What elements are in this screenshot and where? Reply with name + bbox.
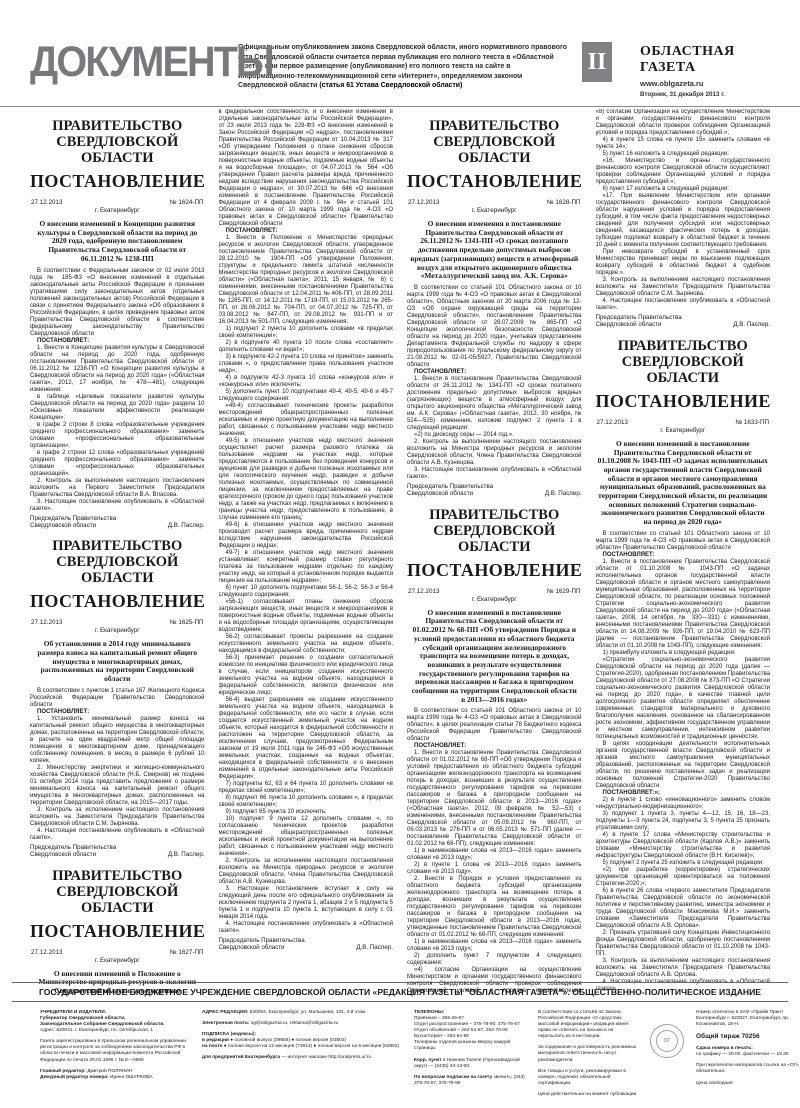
signature-name: Д.В. Паслер. [545,490,582,497]
decree-paragraph: 49-7) в отношении участков недр местного… [219,550,394,585]
signature-row: Свердловской областиД.В. Паслер. [30,522,205,529]
decree-paragraph: 1) преамбулу изложить в следующей редакц… [596,650,771,657]
imprint-line: Газета зарегистрирована в Уральском реги… [40,1039,190,1063]
brand-block: ОБЛАСТНАЯ ГАЗЕТА www.oblgazeta.ru Вторни… [640,44,770,98]
imprint-line-lead: Электронная почта: [202,1021,249,1026]
decree-title: Об установлении в 2014 году минимального… [32,640,203,684]
decree-paragraph: 9) подпункт 65 пункта 10 исключить; [219,809,394,816]
org-header-line: ПРАВИТЕЛЬСТВО [30,538,205,554]
org-header-line: ПРАВИТЕЛЬСТВО [30,118,205,134]
signature-position-line: Председатель Правительства [596,314,771,321]
decree-date: 27.12.2013 [408,199,440,206]
decree-meta: 27.12.2013№ 1625-ПП [31,619,204,626]
decree-paragraph: В целях координации деятельности исполни… [596,741,771,790]
imprint-phones: ТЕЛЕФОНЫ:Приёмная – 355-26-67Отдел распр… [414,1010,526,1087]
org-header-line: ПРАВИТЕЛЬСТВО [596,338,771,354]
imprint-line-lead: для предприятий Екатеринбурга [202,1055,280,1060]
org-header-line: СВЕРДЛОВСКОЙ [30,554,205,570]
decree-date: 27.12.2013 [597,419,629,426]
decree-paragraph: 1. Установить минимальный размер взноса … [30,716,205,765]
decree-org-header: ПРАВИТЕЛЬСТВОСВЕРДЛОВСКОЙОБЛАСТИ [407,507,582,555]
decree-paragraph: 49-5) в отношении участков недр местного… [219,438,394,522]
decree-paragraph: в графе 2 строки 8 слова «образовательны… [30,422,205,450]
signature-name: Д.В. Паслер. [168,522,205,529]
decree-paragraph: 56-2) согласовывает проекты разрешения н… [219,634,394,655]
signature-position-line: Председатель Правительства [30,844,205,851]
decree-paragraph: 2) в пункте 1 слова «в 2013—2016 годах» … [407,862,582,876]
column-2: в федеральной собственности, и о внесени… [219,109,394,995]
decree-type: ПОСТАНОВЛЕНИЕ [407,560,582,581]
imprint-line: Номер отпечатан в ЗАО «Прайм Принт Екате… [696,1010,800,1028]
decree-paragraph: 4) в пункте 17 слова «Министерству строи… [596,832,771,860]
imprint-line-lead: Дежурный редактор номера: [40,1075,109,1080]
imprint-line-lead: ПОДПИСКА (индексы): [202,1032,256,1037]
decree-paragraph: 2. Контроль за выполнением настоящего по… [407,439,582,467]
decree-paragraph: 2) дополнить пункт 7 подпунктом 4 следую… [407,953,582,967]
decree-paragraph: ПОСТАНОВЛЯЕТ: [219,228,394,235]
page-number-badge: II [582,42,612,82]
imprint-print-info: Номер отпечатан в ЗАО «Прайм Принт Екате… [696,1010,800,1087]
decree-paragraph: 5) дополнить пункт 10 подпунктами 49-4, … [219,389,394,403]
decree-paragraph: 2) в пункте 1 слово «инновационного» зам… [596,797,771,811]
imprint-line: В соответствии со статьёй 42 Закона Росс… [538,1010,638,1040]
decree-meta: 27.12.2013№ 1628-ПП [408,199,581,206]
decree-paragraph: 1. Внести в Концепцию развития культуры … [30,345,205,394]
imprint-founders: УЧРЕДИТЕЛИ И ИЗДАТЕЛИ:Губернатор Свердло… [40,1010,190,1081]
decree-paragraph: 6) пункт 10 дополнить подпунктами 56-1, … [219,585,394,599]
signature-position-line: Председатель Правительства [219,937,394,944]
imprint-line-lead: Сдача номера в печать: [696,1046,753,1051]
org-header-line: ОБЛАСТИ [407,150,582,166]
decree-paragraph: 6) пункт 17 изложить в следующей редакци… [596,186,771,193]
decree-type: ПОСТАНОВЛЕНИЕ [30,171,205,192]
masthead: ДОКУМЕНТЫ Официальным опубликованием зак… [0,0,800,107]
org-header-line: СВЕРДЛОВСКОЙ [407,523,582,539]
signature-name: Д.В. Паслер. [168,851,205,858]
decree-paragraph: 3) в подпункте 42-2 пункта 10 слова «и п… [219,354,394,375]
decree-paragraph: 4. Настоящее постановление опубликовать … [30,828,205,842]
stamp-inner-label: ОГ [656,1030,678,1052]
signature-row: Свердловской областиД.В. Паслер. [30,851,205,858]
decree-title: О внесении изменения в постановление Пра… [409,220,580,281]
section-title: ДОКУМЕНТЫ [30,42,221,82]
newspaper-page: ДОКУМЕНТЫ Официальным опубликованием зак… [0,0,800,1108]
decree-paragraph: 3. Контроль за выполнением настоящего по… [596,958,771,979]
imprint-line: Все товары и услуги, рекламируемые в ном… [538,1069,638,1087]
decree-city: г. Екатеринбург [407,207,582,214]
decree-paragraph: В соответствии со статьей 101 Областного… [596,531,771,552]
org-header-line: ОБЛАСТИ [596,370,771,386]
decree-paragraph: 56-3) принимает решение о создании согла… [219,655,394,697]
decree-city: г. Екатеринбург [30,627,205,634]
decree-paragraph: 4. Настоящее постановление опубликовать … [219,921,394,935]
imprint-line-lead: ТЕЛЕФОНЫ: [414,1010,444,1015]
decree-type: ПОСТАНОВЛЕНИЕ [596,391,771,412]
decree-org-header: ПРАВИТЕЛЬСТВОСВЕРДЛОВСКОЙОБЛАСТИ [30,118,205,166]
decree-paragraph: 1) подпункт 2 пункта 10 дополнить словам… [219,326,394,340]
decree-paragraph: 5) пункт 16 изложить в следующей редакци… [596,151,771,158]
decree-paragraph: 8) подпункт 66 пункта 10 дополнить слова… [219,795,394,809]
decree-paragraph: «2) по диоксиду серы — 2014 год.». [407,432,582,439]
issue-date: Вторник, 31 декабря 2013 г. [640,91,770,98]
decree-paragraph: В соответствии с Федеральным законом от … [30,268,205,338]
decree-paragraph: в графе 2 строки 12 слова «образовательн… [30,450,205,478]
imprint-line: За содержание и достоверность рекламных … [538,1045,638,1063]
decree-paragraph: 4. Настоящее постановление опубликовать … [596,298,771,312]
signature-position-line2: Свердловской области [30,522,96,529]
imprint-line-lead: в редакции [202,1038,229,1043]
signature-block: Председатель ПравительстваСвердловской о… [219,937,394,952]
decree-date: 27.12.2013 [31,199,63,206]
imprint-line-lead: АДРЕС РЕДАКЦИИ: [202,1010,248,1015]
publisher-masthead-line: ГОСУДАРСТВЕННОЕ БЮДЖЕТНОЕ УЧРЕЖДЕНИЕ СВЕ… [12,982,788,1002]
decree-number: № 1625-ПП [170,619,204,626]
org-header-line: ОБЛАСТИ [407,539,582,555]
column-4: «8) согласие Организации на осуществлени… [596,109,771,995]
stamp-emblem-icon: ОГ [650,1024,684,1058]
imprint-line-lead: Корр. пункт [414,1058,442,1063]
imprint-line: по графику — 20.00, фактически — 19.30 [696,1052,800,1058]
signature-position-line2: Свердловской области [219,944,285,951]
signature-position-line: Председатель Правительства [407,483,582,490]
decree-paragraph: 6) в пункте 26 слова «первого заместител… [596,888,771,930]
decree-city: г. Екатеринбург [596,427,771,434]
org-header-line: ПРАВИТЕЛЬСТВО [407,507,582,523]
decree-number: № 1624-ПП [170,199,204,206]
decree-paragraph: «Стратегия социально-экономического разв… [596,657,771,741]
signature-block: Председатель ПравительстваСвердловской о… [407,483,582,498]
imprint-line: По вопросам подписки на газету звонить: … [414,1075,526,1087]
imprint-line: Дежурный редактор номера: Ирина ОШУРКОВА [40,1075,190,1081]
decree-paragraph: При невозврате субсидий в установленный … [596,249,771,277]
decree-paragraph: 3. Контроль за исполнением настоящего по… [30,807,205,828]
decree-type: ПОСТАНОВЛЕНИЕ [30,591,205,612]
decree-number: № 1627-ПП [170,949,204,956]
decree-paragraph: ПОСТАНОВЛЯЕТ: [596,552,771,559]
decree-meta: 27.12.2013№ 1629-ПП [408,588,581,595]
newspaper-name: ОБЛАСТНАЯ ГАЗЕТА [640,44,770,76]
decree-city: г. Екатеринбург [30,957,205,964]
decree-date: 27.12.2013 [31,949,63,956]
decree-paragraph: 3. Контроль за выполнением настоящего по… [596,277,771,298]
imprint-line-lead: Главный редактор: [40,1069,86,1074]
decree-paragraph: ПОСТАНОВЛЯЕТ: [30,338,205,345]
decree-paragraph: 2) в подпункте 40 пункта 10 после слова … [219,340,394,354]
decree-paragraph: «16. Министерство и органы государственн… [596,158,771,186]
decree-paragraph: В соответствии с пунктом 1 статьи 167 Жи… [30,688,205,709]
decree-paragraph: 10) подпункт 9 пункта 12 дополнить слова… [219,816,394,858]
signature-block: Председатель ПравительстваСвердловской о… [596,314,771,329]
signature-block: Председатель ПравительстваСвердловской о… [30,844,205,859]
decree-paragraph: 3. Настоящее постановление опубликовать … [30,499,205,513]
decree-org-header: ПРАВИТЕЛЬСТВОСВЕРДЛОВСКОЙОБЛАСТИ [407,118,582,166]
signature-row: Свердловской областиД.В. Паслер. [219,944,394,951]
org-header-line: ПРАВИТЕЛЬСТВО [30,868,205,884]
newspaper-website: www.oblgazeta.ru [640,79,770,88]
decree-date: 27.12.2013 [408,588,440,595]
decree-org-header: ПРАВИТЕЛЬСТВОСВЕРДЛОВСКОЙОБЛАСТИ [30,538,205,586]
imprint-line-lead: на почте [202,1044,222,1049]
imprint-line: Корр. пункт в Нижнем Тагиле (Горнозаводс… [414,1058,526,1070]
imprint-line: Общий тираж 70256 [696,1033,800,1041]
decree-meta: 27.12.2013№ 1624-ПП [31,199,204,206]
signature-name: Д.В. Паслер. [733,321,770,328]
signature-row: Свердловской областиД.В. Паслер. [596,321,771,328]
imprint-address-subscription: АДРЕС РЕДАКЦИИ: 620004, Екатеринбург, ул… [202,1010,402,1062]
decree-paragraph: 1. Внести в постановление Правительства … [596,559,771,650]
decree-type: ПОСТАНОВЛЕНИЕ [30,921,205,942]
decree-paragraph: В соответствии со статьей 101 Областного… [407,708,582,743]
decree-meta: 27.12.2013№ 1633-ПП [597,419,770,426]
imprint-legal: В соответствии со статьёй 42 Закона Росс… [538,1010,638,1098]
org-header-line: ОБЛАСТИ [30,570,205,586]
org-header-line: СВЕРДЛОВСКОЙ [596,354,771,370]
footer: ГОСУДАРСТВЕННОЕ БЮДЖЕТНОЕ УЧРЕЖДЕНИЕ СВЕ… [0,982,800,1108]
decree-paragraph: 3. Настоящее постановление опубликовать … [407,467,582,481]
imprint-columns: УЧРЕДИТЕЛИ И ИЗДАТЕЛИ:Губернатор Свердло… [0,1002,800,1108]
decree-paragraph: 2. Признать утратившей силу Концепцию Ин… [596,930,771,958]
decree-paragraph: 2. Контроль за выполнением настоящего по… [30,478,205,499]
decree-paragraph: 1) в наименовании слова «в 2013—2016 год… [407,939,582,953]
org-header-line: ПРАВИТЕЛЬСТВО [407,118,582,134]
decrees-columns: ПРАВИТЕЛЬСТВОСВЕРДЛОВСКОЙОБЛАСТИПОСТАНОВ… [0,107,800,995]
imprint-line: Цена действительна на момент публикации. [538,1092,638,1098]
decree-number: № 1629-ПП [547,588,581,595]
decree-paragraph: «49-4) согласовывает технические проекты… [219,403,394,438]
imprint-line: Телефоны отделов указаны вверху каждой с… [414,1040,526,1052]
official-publication-note: Официальным опубликованием закона Свердл… [238,43,568,91]
decree-city: г. Екатеринбург [407,596,582,603]
decree-city: г. Екатеринбург [30,207,205,214]
decree-paragraph: в таблице «Целевые показатели развития к… [30,394,205,422]
decree-paragraph: 49-6) в отношении участков недр местного… [219,522,394,550]
decree-number: № 1633-ПП [735,419,769,426]
decree-paragraph: 1. Внести в постановление Правительства … [407,750,582,848]
decree-paragraph: 2. Министерству энергетики и жилищно-ком… [30,765,205,807]
decree-org-header: ПРАВИТЕЛЬСТВОСВЕРДЛОВСКОЙОБЛАСТИ [30,868,205,916]
decree-paragraph: «17. При выявлении Министерством или орг… [596,193,771,249]
column-1: ПРАВИТЕЛЬСТВОСВЕРДЛОВСКОЙОБЛАСТИПОСТАНОВ… [30,109,205,995]
decree-type: ПОСТАНОВЛЕНИЕ [407,171,582,192]
decree-paragraph: 4) в пункте 15 слова «в пункте 15» замен… [596,137,771,151]
imprint-line-lead: УЧРЕДИТЕЛИ И ИЗДАТЕЛИ: [40,1010,106,1015]
column-3: ПРАВИТЕЛЬСТВОСВЕРДЛОВСКОЙОБЛАСТИПОСТАНОВ… [407,109,582,995]
org-header-line: СВЕРДЛОВСКОЙ [30,134,205,150]
decree-org-header: ПРАВИТЕЛЬСТВОСВЕРДЛОВСКОЙОБЛАСТИ [596,338,771,386]
imprint-line: на почте ● полная версия на 12 месяцев (… [202,1044,402,1050]
decree-meta: 27.12.2013№ 1627-ПП [31,949,204,956]
decree-paragraph: 1. Внести в постановление Правительства … [407,376,582,432]
decree-title: О внесении изменений в постановление Пра… [409,609,580,705]
signature-block: Председатель ПравительстваСвердловской о… [30,515,205,530]
org-header-line: ОБЛАСТИ [30,150,205,166]
decree-paragraph: 4) в подпункте 42-3 пункта 10 слова «кон… [219,375,394,389]
imprint-line-lead: По вопросам подписки на газету [414,1075,492,1080]
decree-paragraph: 56-4) выдает разрешения на создание иску… [219,697,394,781]
org-header-line: СВЕРДЛОВСКОЙ [407,134,582,150]
decree-paragraph: 2. Контроль за исполнением настоящего по… [219,858,394,886]
decree-title: О внесении изменений в Концепцию развити… [32,220,203,264]
decree-number: № 1628-ПП [547,199,581,206]
decree-paragraph: 7) подпункты 62, 63 и 64 пункта 10 допол… [219,781,394,795]
signature-row: Свердловской областиД.В. Паслер. [407,490,582,497]
decree-paragraph: 1. Внести в Положение о Министерстве при… [219,235,394,326]
imprint-line: Цена свободная. [696,1081,800,1087]
decree-paragraph: «56-1) согласовывает планы снижения сбро… [219,599,394,634]
imprint-line: для предприятий Екатеринбурга — интернет… [202,1055,402,1061]
signature-position-line2: Свердловской области [30,851,96,858]
decree-paragraph: В соответствии со статьей 101 Областного… [407,285,582,369]
decree-paragraph: 5) подпункт 2 пункта 25 изложить в следу… [596,860,771,867]
decree-paragraph: 2. Внести в Порядок и условия предоставл… [407,876,582,939]
decree-paragraph: 3. Настоящее постановление вступает в си… [219,886,394,921]
decree-paragraph: ПОСТАНОВЛЯЕТ: [407,369,582,376]
decree-paragraph: «8) согласие Организации на осуществлени… [596,109,771,137]
decree-title: О внесении изменений в постановление Пра… [598,440,769,527]
decree-paragraph: ПОСТАНОВЛЯЕТ: [30,709,205,716]
org-header-line: ОБЛАСТИ [30,900,205,916]
decree-paragraph: 3) подпункт 1 пункта 3, пункты 4—12, 15,… [596,811,771,832]
org-header-line: СВЕРДЛОВСКОЙ [30,884,205,900]
signature-name: Д.В. Паслер. [356,944,393,951]
decree-paragraph: в федеральной собственности, и о внесени… [219,109,394,228]
signature-position-line2: Свердловской области [596,321,662,328]
decree-paragraph: «2) при разработке (корректировке) страт… [596,867,771,888]
decree-paragraph: 1) в наименовании слова «в 2013—2016 год… [407,848,582,862]
decree-paragraph: ПОСТАНОВЛЯЕТ:»; [596,790,771,797]
note-bold: (статья 61 Устава Свердловской области) [319,82,462,89]
decree-date: 27.12.2013 [31,619,63,626]
imprint-line: При перепечатке материалов ссылка на «ОГ… [696,1063,800,1075]
signature-position-line2: Свердловской области [407,490,473,497]
signature-position-line: Председатель Правительства [30,515,205,522]
